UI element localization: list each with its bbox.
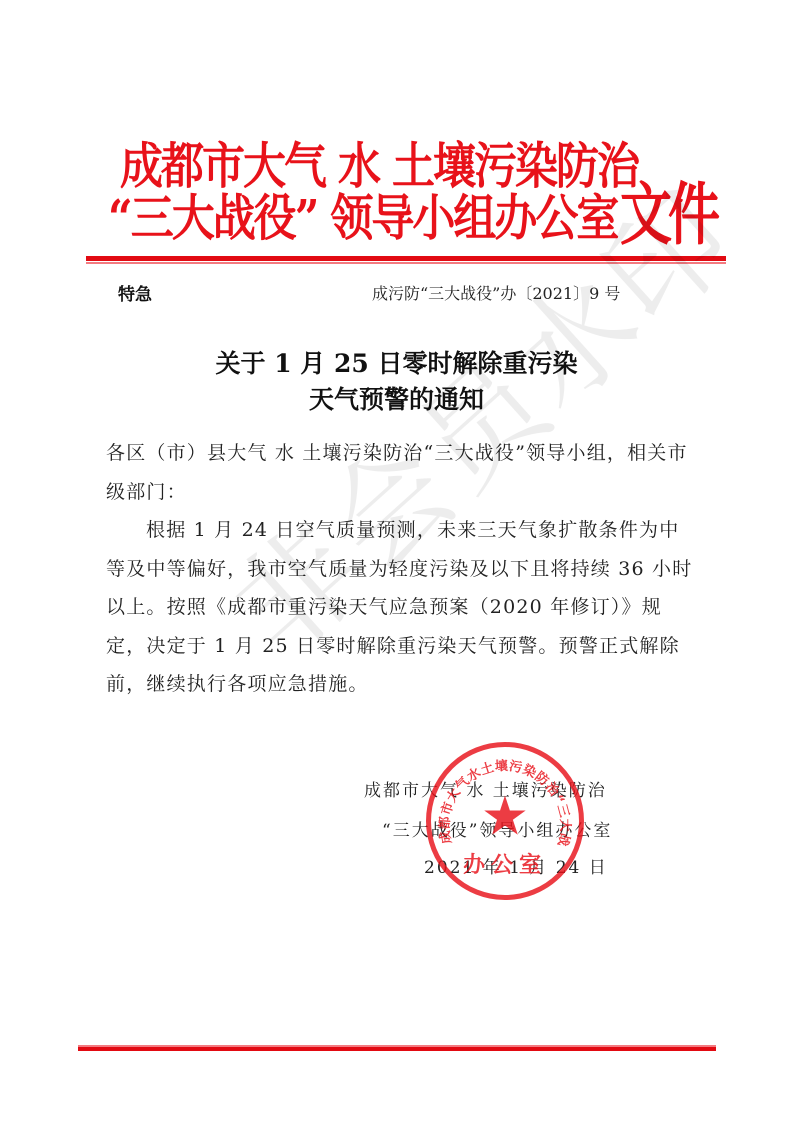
masthead-suffix: 文件 bbox=[620, 160, 716, 258]
body-paragraph: 根据 1 月 24 日空气质量预测，未来三天气象扩散条件为中等及中等偏好，我市空… bbox=[106, 511, 696, 704]
salutation-text: 各区（市）县大气 水 土壤污染防治“三大战役”领导小组，相关市级部门： bbox=[106, 434, 696, 511]
star-icon: ★ bbox=[481, 790, 529, 844]
masthead-line-2: “三大战役” 领导小组办公室 bbox=[108, 180, 617, 250]
seal-bottom-text: 办公室 bbox=[431, 848, 579, 879]
salutation: 各区（市）县大气 水 土壤污染防治“三大战役”领导小组，相关市级部门： bbox=[106, 434, 696, 511]
document-page: 成都市大气 水 土壤污染防治 “三大战役” 领导小组办公室 文件 特急 成污防“… bbox=[0, 0, 793, 1122]
header-red-rule bbox=[86, 256, 726, 261]
footer-red-rule bbox=[78, 1045, 716, 1051]
official-seal: 成都市大气水土壤污染防治“三大战役”领导小组 ★ 办公室 bbox=[426, 742, 584, 900]
header-red-rule-thin bbox=[86, 262, 726, 264]
body-paragraph-text: 根据 1 月 24 日空气质量预测，未来三天气象扩散条件为中等及中等偏好，我市空… bbox=[106, 511, 696, 704]
document-number: 成污防“三大战役”办〔2021〕9 号 bbox=[372, 281, 620, 304]
document-title-line-2: 天气预警的通知 bbox=[0, 380, 793, 416]
footer-red-rule-thick bbox=[78, 1047, 716, 1051]
document-title-line-1: 关于 1 月 25 日零时解除重污染 bbox=[0, 344, 793, 380]
urgency-label: 特急 bbox=[118, 280, 152, 305]
